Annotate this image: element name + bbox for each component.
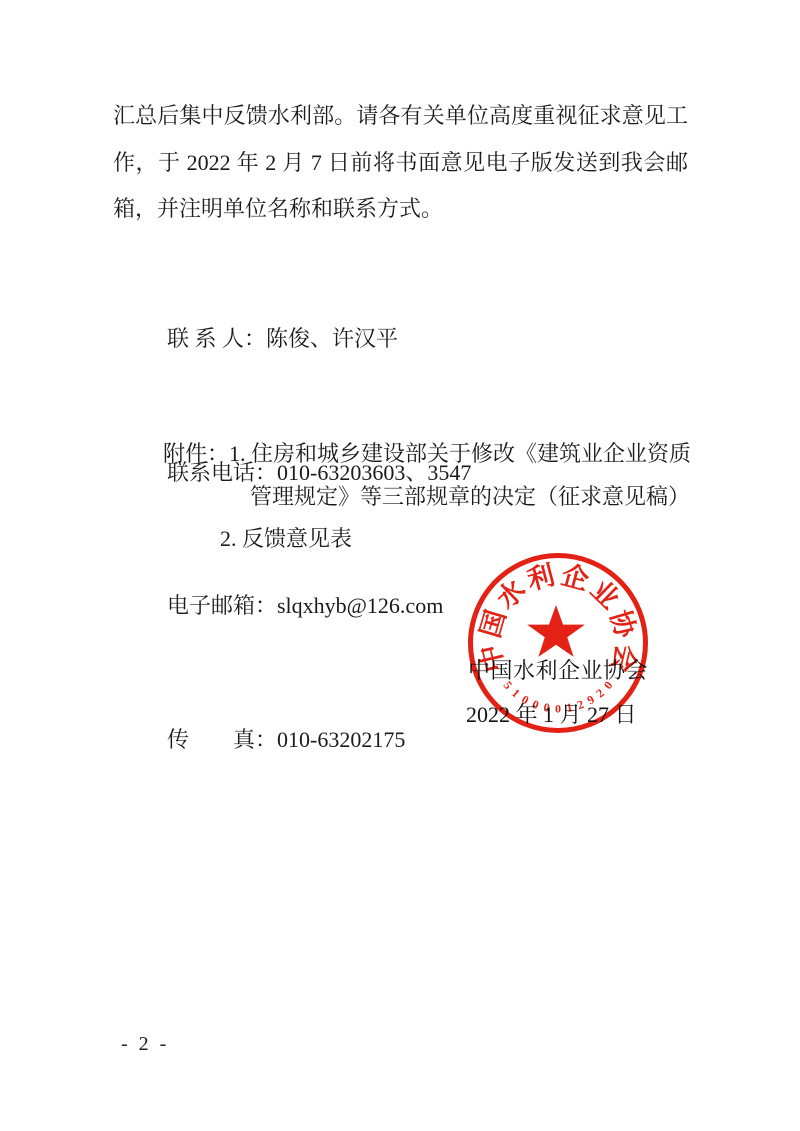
body-line: 作，于 2022 年 2 月 7 日前将书面意见电子版发送到我会邮	[113, 140, 688, 187]
body-line: 箱，并注明单位名称和联系方式。	[113, 186, 688, 233]
body-paragraph: 汇总后集中反馈水利部。请各有关单位高度重视征求意见工 作，于 2022 年 2 …	[113, 93, 688, 233]
body-line: 汇总后集中反馈水利部。请各有关单位高度重视征求意见工	[113, 93, 688, 140]
contact-person-line: 联 系 人：陈俊、许汉平	[167, 317, 687, 362]
page-number: - 2 -	[121, 1033, 169, 1056]
contact-email-line: 电子邮箱：slqxhyb@126.com	[167, 584, 687, 629]
attachment-line-3: 2. 反馈意见表	[220, 526, 352, 552]
signature-org-name: 中国水利企业协会	[468, 654, 648, 685]
signature-date: 2022 年 1 月 27 日	[466, 698, 637, 729]
attachment-line-1: 附件：1. 住房和城乡建设部关于修改《建筑业企业资质	[163, 441, 691, 467]
document-page: 汇总后集中反馈水利部。请各有关单位高度重视征求意见工 作，于 2022 年 2 …	[0, 0, 800, 1131]
attachment-line-2: 管理规定》等三部规章的决定（征求意见稿）	[250, 484, 690, 510]
